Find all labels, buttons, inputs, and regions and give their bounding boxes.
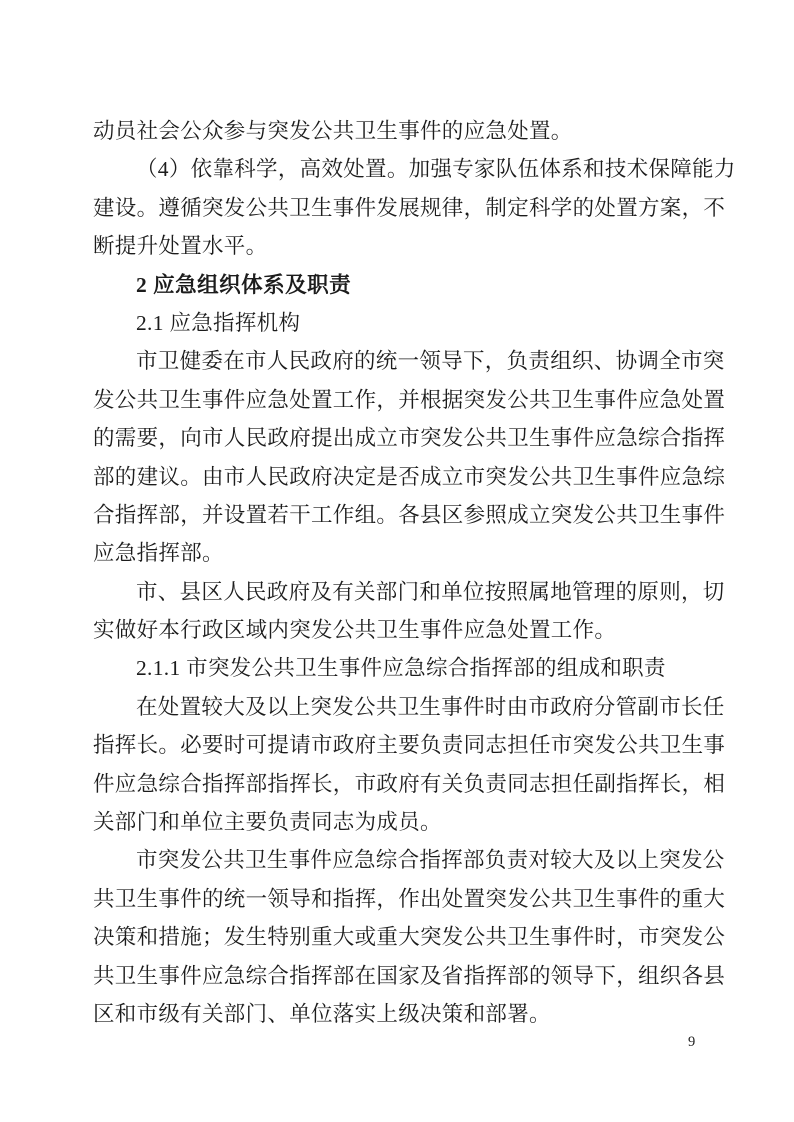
- text-line: 决策和措施；发生特别重大或重大突发公共卫生事件时，市突发公: [93, 918, 707, 956]
- text-line: 应急指挥部。: [93, 534, 707, 572]
- paragraph: 市卫健委在市人民政府的统一领导下，负责组织、协调全市突发公共卫生事件应急处置工作…: [93, 342, 707, 572]
- section-heading: 2.1 应急指挥机构: [93, 304, 707, 342]
- paragraph: 市突发公共卫生事件应急综合指挥部负责对较大及以上突发公共卫生事件的统一领导和指挥…: [93, 841, 707, 1033]
- text-line: 动员社会公众参与突发公共卫生事件的应急处置。: [93, 112, 707, 150]
- text-line: 断提升处置水平。: [93, 227, 707, 265]
- text-line: 市、县区人民政府及有关部门和单位按照属地管理的原则，切: [93, 573, 707, 611]
- text-line: 2.1 应急指挥机构: [93, 304, 707, 342]
- section-heading: 2 应急组织体系及职责: [93, 266, 707, 304]
- text-line: 合指挥部，并设置若干工作组。各县区参照成立突发公共卫生事件: [93, 496, 707, 534]
- page-number: 9: [688, 1034, 695, 1051]
- text-line: 市突发公共卫生事件应急综合指挥部负责对较大及以上突发公: [93, 841, 707, 879]
- text-line: 共卫生事件应急综合指挥部在国家及省指挥部的领导下，组织各县: [93, 957, 707, 995]
- paragraph: 在处置较大及以上突发公共卫生事件时由市政府分管副市长任指挥长。必要时可提请市政府…: [93, 688, 707, 842]
- text-line: 实做好本行政区域内突发公共卫生事件应急处置工作。: [93, 611, 707, 649]
- paragraph: （4）依靠科学，高效处置。加强专家队伍体系和技术保障能力建设。遵循突发公共卫生事…: [93, 150, 707, 265]
- text-line: 的需要，向市人民政府提出成立市突发公共卫生事件应急综合指挥: [93, 419, 707, 457]
- section-heading: 2.1.1 市突发公共卫生事件应急综合指挥部的组成和职责: [93, 649, 707, 687]
- text-line: 市卫健委在市人民政府的统一领导下，负责组织、协调全市突: [93, 342, 707, 380]
- paragraph: 市、县区人民政府及有关部门和单位按照属地管理的原则，切实做好本行政区域内突发公共…: [93, 573, 707, 650]
- text-line: 指挥长。必要时可提请市政府主要负责同志担任市突发公共卫生事: [93, 726, 707, 764]
- text-line: 区和市级有关部门、单位落实上级决策和部署。: [93, 995, 707, 1033]
- text-line: 部的建议。由市人民政府决定是否成立市突发公共卫生事件应急综: [93, 458, 707, 496]
- text-line: 共卫生事件的统一领导和指挥，作出处置突发公共卫生事件的重大: [93, 880, 707, 918]
- document-body: 动员社会公众参与突发公共卫生事件的应急处置。（4）依靠科学，高效处置。加强专家队…: [93, 112, 707, 1033]
- text-line: 件应急综合指挥部指挥长，市政府有关负责同志担任副指挥长，相: [93, 765, 707, 803]
- document-page: 动员社会公众参与突发公共卫生事件的应急处置。（4）依靠科学，高效处置。加强专家队…: [0, 0, 794, 1122]
- text-line: 关部门和单位主要负责同志为成员。: [93, 803, 707, 841]
- text-line: 发公共卫生事件应急处置工作，并根据突发公共卫生事件应急处置: [93, 381, 707, 419]
- paragraph: 动员社会公众参与突发公共卫生事件的应急处置。: [93, 112, 707, 150]
- text-line: 建设。遵循突发公共卫生事件发展规律，制定科学的处置方案，不: [93, 189, 707, 227]
- text-line: （4）依靠科学，高效处置。加强专家队伍体系和技术保障能力: [93, 150, 707, 188]
- text-line: 2 应急组织体系及职责: [93, 266, 707, 304]
- text-line: 2.1.1 市突发公共卫生事件应急综合指挥部的组成和职责: [93, 649, 707, 687]
- text-line: 在处置较大及以上突发公共卫生事件时由市政府分管副市长任: [93, 688, 707, 726]
